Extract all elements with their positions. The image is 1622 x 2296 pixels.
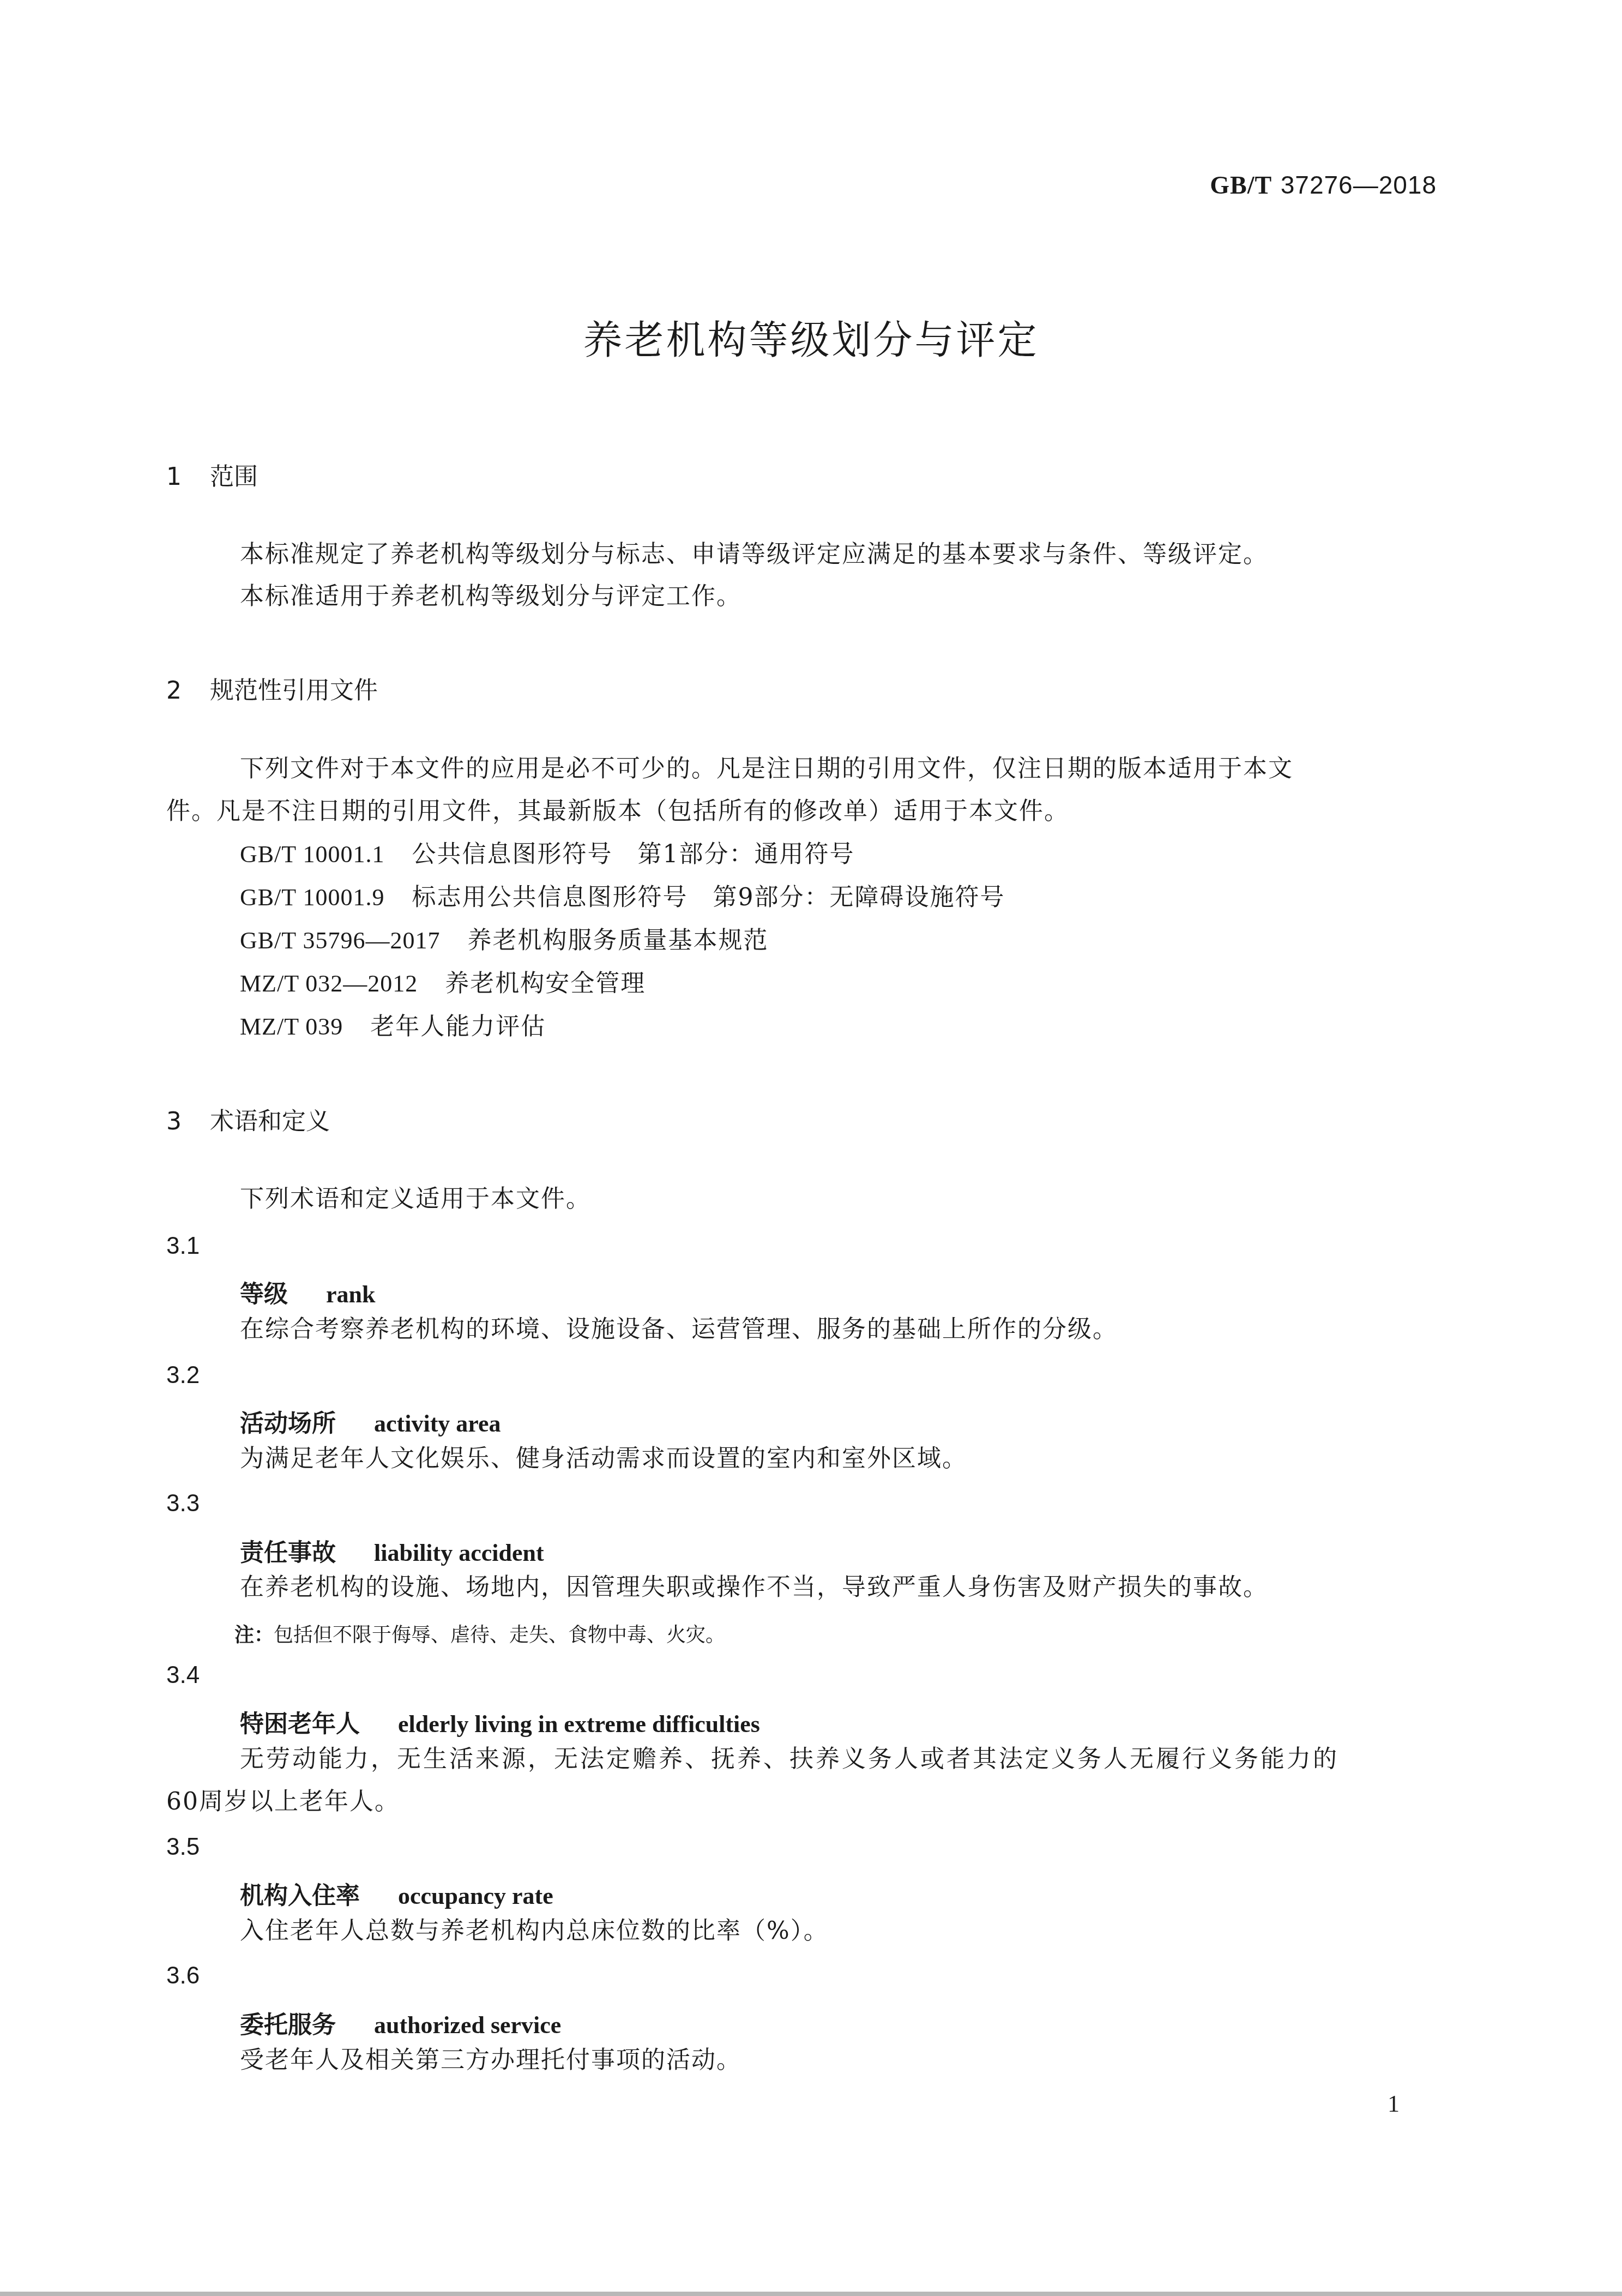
term-entry: 机构入住率occupancy rate bbox=[240, 1876, 553, 1911]
note-label: 注： bbox=[234, 1624, 274, 1646]
reference-title: 养老机构安全管理 bbox=[445, 970, 646, 997]
term-definition: 在综合考察养老机构的环境、设施设备、运营管理、服务的基础上所作的分级。 bbox=[240, 1318, 1118, 1342]
scope-paragraph-1: 本标准规定了养老机构等级划分与标志、申请等级评定应满足的基本要求与条件、等级评定… bbox=[240, 543, 1268, 567]
term-definition: 入住老年人总数与养老机构内总床位数的比率（%）。 bbox=[240, 1919, 829, 1943]
standard-code: GB/T 37276—2018 bbox=[1210, 170, 1437, 200]
term-definition: 为满足老年人文化娱乐、健身活动需求而设置的室内和室外区域。 bbox=[240, 1447, 967, 1471]
term-definition: 受老年人及相关第三方办理托付事项的活动。 bbox=[240, 2048, 741, 2072]
reference-code: GB/T 10001.9 bbox=[240, 884, 384, 911]
terms-intro: 下列术语和定义适用于本文件。 bbox=[240, 1187, 591, 1211]
reference-item: GB/T 35796—2017养老机构服务质量基本规范 bbox=[240, 929, 768, 953]
scope-paragraph-2: 本标准适用于养老机构等级划分与评定工作。 bbox=[240, 585, 741, 609]
term-zh: 机构入住率 bbox=[240, 1882, 360, 1910]
reference-title: 公共信息图形符号 第1部分：通用符号 bbox=[412, 840, 854, 868]
reference-item: GB/T 10001.9标志用公共信息图形符号 第9部分：无障碍设施符号 bbox=[240, 886, 1005, 910]
clause-number: 3.2 bbox=[166, 1362, 200, 1389]
clause-number: 3.1 bbox=[166, 1233, 200, 1260]
clause-number: 3.3 bbox=[166, 1490, 200, 1517]
term-en: activity area bbox=[374, 1410, 501, 1437]
clause-number: 3.6 bbox=[166, 1962, 200, 1990]
term-zh: 特困老年人 bbox=[240, 1710, 360, 1738]
term-entry: 等级rank bbox=[240, 1275, 375, 1309]
term-entry: 委托服务authorized service bbox=[240, 2005, 561, 2040]
page-number: 1 bbox=[1388, 2090, 1400, 2118]
term-zh: 等级 bbox=[240, 1281, 288, 1308]
term-definition-line-1: 无劳动能力，无生活来源，无法定赡养、抚养、扶养义务人或者其法定义务人无履行义务能… bbox=[240, 1747, 1339, 1771]
reference-code: MZ/T 039 bbox=[240, 1013, 343, 1040]
page-bottom-edge bbox=[0, 2292, 1622, 2296]
note-text: 包括但不限于侮辱、虐待、走失、食物中毒、火灾。 bbox=[274, 1624, 725, 1646]
term-definition-line-2: 60周岁以上老年人。 bbox=[166, 1790, 400, 1814]
section-heading-terms-definitions: 3术语和定义 bbox=[166, 1102, 330, 1137]
term-zh: 活动场所 bbox=[240, 1410, 336, 1438]
references-paragraph-line-2: 件。凡是不注日期的引用文件，其最新版本（包括所有的修改单）适用于本文件。 bbox=[166, 800, 1069, 824]
section-number: 3 bbox=[166, 1108, 210, 1135]
reference-code: GB/T 35796—2017 bbox=[240, 927, 440, 954]
term-en: occupancy rate bbox=[398, 1883, 553, 1909]
term-en: authorized service bbox=[374, 2012, 561, 2039]
section-title: 规范性引用文件 bbox=[210, 677, 378, 705]
term-entry: 责任事故liability accident bbox=[240, 1533, 544, 1568]
term-note: 注：包括但不限于侮辱、虐待、走失、食物中毒、火灾。 bbox=[234, 1620, 725, 1648]
reference-item: MZ/T 032—2012养老机构安全管理 bbox=[240, 972, 646, 996]
term-entry: 活动场所activity area bbox=[240, 1404, 501, 1439]
clause-number: 3.4 bbox=[166, 1662, 200, 1689]
section-number: 2 bbox=[166, 677, 210, 705]
reference-title: 老年人能力评估 bbox=[370, 1013, 546, 1041]
term-zh: 委托服务 bbox=[240, 2011, 336, 2039]
term-en: liability accident bbox=[374, 1540, 544, 1566]
reference-code: MZ/T 032—2012 bbox=[240, 970, 418, 997]
section-heading-normative-references: 2规范性引用文件 bbox=[166, 671, 378, 706]
section-number: 1 bbox=[166, 463, 210, 491]
term-definition: 在养老机构的设施、场地内，因管理失职或操作不当，导致严重人身伤害及财产损失的事故… bbox=[240, 1576, 1268, 1600]
reference-item: GB/T 10001.1公共信息图形符号 第1部分：通用符号 bbox=[240, 843, 854, 867]
standard-number: 37276—2018 bbox=[1281, 171, 1437, 199]
reference-code: GB/T 10001.1 bbox=[240, 841, 384, 868]
document-title: 养老机构等级划分与评定 bbox=[0, 308, 1622, 365]
section-title: 范围 bbox=[210, 463, 258, 491]
reference-title: 标志用公共信息图形符号 第9部分：无障碍设施符号 bbox=[412, 883, 1005, 911]
term-zh: 责任事故 bbox=[240, 1539, 336, 1567]
reference-title: 养老机构服务质量基本规范 bbox=[467, 927, 768, 954]
term-en: rank bbox=[326, 1281, 375, 1308]
standard-prefix: GB/T bbox=[1210, 171, 1272, 199]
reference-item: MZ/T 039老年人能力评估 bbox=[240, 1015, 546, 1039]
term-en: elderly living in extreme difficulties bbox=[398, 1711, 760, 1738]
section-heading-scope: 1范围 bbox=[166, 457, 258, 492]
references-paragraph-line-1: 下列文件对于本文件的应用是必不可少的。凡是注日期的引用文件，仅注日期的版本适用于… bbox=[240, 757, 1293, 781]
section-title: 术语和定义 bbox=[210, 1108, 330, 1135]
clause-number: 3.5 bbox=[166, 1834, 200, 1861]
term-entry: 特困老年人elderly living in extreme difficult… bbox=[240, 1704, 760, 1739]
